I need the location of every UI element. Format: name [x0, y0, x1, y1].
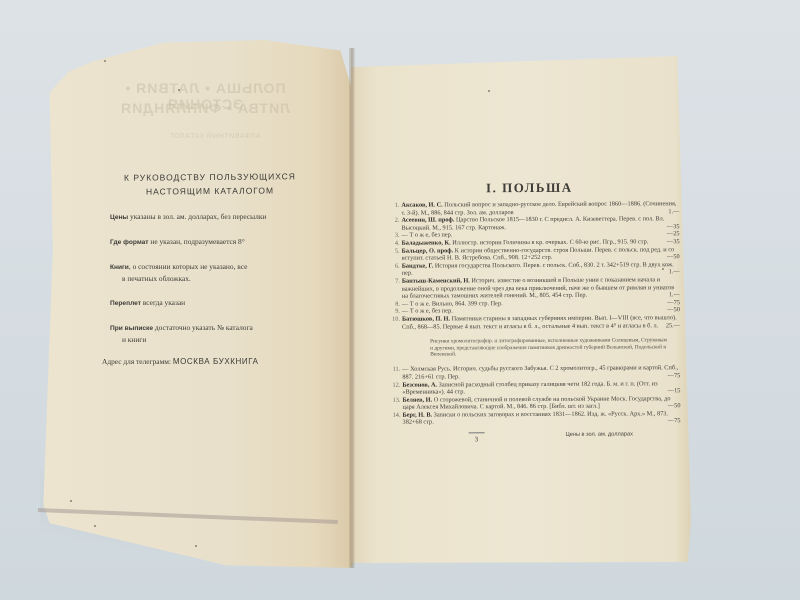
- catalog-entry: 10.Батюшков, П. Н. Памятники старины в з…: [390, 314, 680, 331]
- entry-description: О сторожевой, станичной и полевой службе…: [402, 395, 670, 411]
- rule-keyword: При выписке: [110, 325, 153, 332]
- entry-author: Беляев, И.: [402, 396, 432, 403]
- entry-number: 6.: [390, 262, 400, 270]
- entry-description: История государства Польского. Перев. с …: [402, 261, 674, 277]
- entry-price: —50: [667, 253, 680, 261]
- rule-text: не указан, подразумевается 8°: [149, 237, 245, 246]
- paper-speck: [178, 89, 180, 91]
- entry-author: Бантыш-Каменский, Н.: [402, 277, 470, 284]
- catalog-entry: 13.Беляев, И. О сторожевой, станичной и …: [390, 395, 680, 412]
- entry-number: 7.: [390, 278, 400, 286]
- bleed-through-line: ЛИТВА • ФИНЛЯНДИЯ: [95, 100, 315, 116]
- telegram-label: Адрес для телеграмм:: [102, 357, 171, 366]
- entry-description: — Холмская Русь. Историч. судьбы русског…: [402, 365, 678, 381]
- entry-description: Записной расходный столбец приказу галиц…: [402, 380, 657, 396]
- paper-speck: [94, 525, 96, 527]
- entry-number: 1.: [389, 202, 399, 210]
- entry-description: — Т о ж е, без пер.: [402, 308, 453, 315]
- entry-author: Асеевин, Ш. проф.: [401, 217, 454, 224]
- rule-continuation: в печатных обложках.: [110, 273, 320, 284]
- entry-author: Батюшков, П. Н.: [402, 315, 450, 322]
- rule-text: указаны в зол. ам. долларах, без пересыл…: [128, 212, 266, 221]
- entry-price: —25: [667, 231, 680, 239]
- section-title: I. ПОЛЬША: [379, 179, 679, 197]
- catalog-entries-continued: 11.— Холмская Русь. Историч. судьбы русс…: [390, 365, 680, 427]
- entry-price: 25.—: [666, 322, 680, 330]
- rule-text: всегда указан: [141, 298, 185, 307]
- catalog-entry: 5.Бальцер, О. проф. К истории общественн…: [390, 246, 680, 263]
- entry-description: — Т о ж е. Вильно, 864. 399 стр. Пер.: [402, 300, 503, 308]
- entry-number: 3.: [390, 232, 400, 240]
- entry-number: 4.: [390, 240, 400, 248]
- rule-keyword: Книги: [110, 264, 129, 271]
- rule-keyword: Переплет: [110, 300, 141, 307]
- entry-price: —35: [667, 223, 680, 231]
- entry-price: —75: [667, 299, 680, 307]
- guide-rule: Книги, о состоянии которых не указано, в…: [100, 261, 320, 284]
- guide-title-line: НАСТОЯЩИМ КАТАЛОГОМ: [100, 183, 320, 199]
- user-guide: К РУКОВОДСТВУ ПОЛЬЗУЮЩИХСЯ НАСТОЯЩИМ КАТ…: [100, 170, 320, 366]
- entry-description: — Т о ж е, без пер.: [402, 232, 453, 239]
- catalog-entry: 6.Бандтке, Г. История государства Польск…: [390, 261, 680, 278]
- entry-price: —50: [668, 403, 681, 411]
- catalog-entry: 11.— Холмская Русь. Историч. судьбы русс…: [390, 365, 680, 382]
- entry-author: Баладыженко, К.: [402, 239, 451, 246]
- telegram-address: Адрес для телеграмм: МОСКВА БУХКНИГА: [100, 357, 320, 366]
- entry-price: 1.—: [669, 291, 680, 299]
- entry-description: Польский вопрос и западно-русское дело. …: [401, 200, 676, 216]
- page-number: 3: [469, 432, 485, 443]
- catalog-entry: 14.Берг, Н. В. Записки о польских загово…: [390, 410, 680, 427]
- entry-number: 9.: [390, 308, 400, 316]
- entry-number: 8.: [390, 300, 400, 308]
- guide-rule: Переплет всегда указан: [100, 297, 320, 309]
- entry-price: 1.—: [669, 269, 680, 277]
- guide-title-line: К РУКОВОДСТВУ ПОЛЬЗУЮЩИХСЯ: [100, 169, 320, 185]
- entry-price: —50: [667, 307, 680, 315]
- paper-speck: [70, 500, 72, 502]
- catalog-entry: 7.Бантыш-Каменский, Н. Историч. известие…: [390, 276, 680, 300]
- catalog-entry: 1.Аксаков, И. С. Польский вопрос и запад…: [389, 200, 679, 217]
- rule-text: достаточно указать № каталога: [153, 323, 253, 332]
- entry-number: 5.: [390, 247, 400, 255]
- telegram-value: МОСКВА БУХКНИГА: [173, 357, 259, 366]
- entry-price: —75: [668, 418, 681, 426]
- bleed-through-line: АЛФАВИТНЫЙ КАТАЛОГ: [105, 133, 325, 140]
- entry-author: Аксаков, И. С.: [401, 201, 442, 208]
- paper-speck: [662, 268, 664, 270]
- entry-price: 1.—: [668, 208, 679, 216]
- entry-description: Записки о польских заговорах и восстания…: [403, 410, 669, 426]
- rule-keyword: Цены: [110, 214, 128, 221]
- entry-price: —35: [667, 238, 680, 246]
- page-footer: 3 Цены в зол. ам. долларах: [391, 431, 681, 455]
- rule-continuation: и книги: [110, 334, 320, 345]
- catalog-entries: 1.Аксаков, И. С. Польский вопрос и запад…: [389, 200, 680, 331]
- entry-price: —75: [668, 372, 681, 380]
- entry-number: 12.: [390, 381, 400, 389]
- guide-rule: Цены указаны в зол. ам. долларах, без пе…: [100, 211, 320, 223]
- paper-speck: [195, 545, 197, 547]
- paper-speck: [104, 60, 106, 62]
- currency-note: Цены в зол. ам. долларах: [566, 432, 633, 438]
- entry-price: —15: [668, 387, 681, 395]
- entry-author: Безсонов, А.: [402, 381, 437, 388]
- catalog-entry: 2.Асеевин, Ш. проф. Царство Польское 181…: [389, 215, 679, 232]
- rule-text: , о состоянии которых не указано, все: [129, 262, 248, 271]
- guide-rule: Где формат не указан, подразумевается 8°: [100, 236, 320, 248]
- entry-number: 11.: [390, 366, 400, 374]
- entry-author: Бальцер, О. проф.: [402, 247, 454, 254]
- entry-number: 13.: [390, 396, 400, 404]
- guide-rules: Цены указаны в зол. ам. долларах, без пе…: [100, 211, 320, 345]
- entry-author: Бандтке, Г.: [402, 262, 434, 269]
- catalog-page: I. ПОЛЬША 1.Аксаков, И. С. Польский вопр…: [389, 179, 680, 455]
- guide-title: К РУКОВОДСТВУ ПОЛЬЗУЮЩИХСЯ НАСТОЯЩИМ КАТ…: [100, 169, 320, 199]
- entry-number: 2.: [389, 217, 399, 225]
- illustration-note: Рисунки хромолитографир. и литографирова…: [390, 329, 680, 366]
- paper-speck: [488, 90, 490, 92]
- book-spine: [349, 48, 355, 568]
- rule-keyword: Где формат: [110, 239, 149, 246]
- entry-number: 10.: [390, 316, 400, 324]
- entry-author: Берг, Н. В.: [402, 411, 432, 418]
- entry-number: 14.: [390, 412, 400, 420]
- guide-rule: При выписке достаточно указать № каталог…: [100, 322, 320, 345]
- catalog-entry: 12.Безсонов, А. Записной расходный столб…: [390, 380, 680, 397]
